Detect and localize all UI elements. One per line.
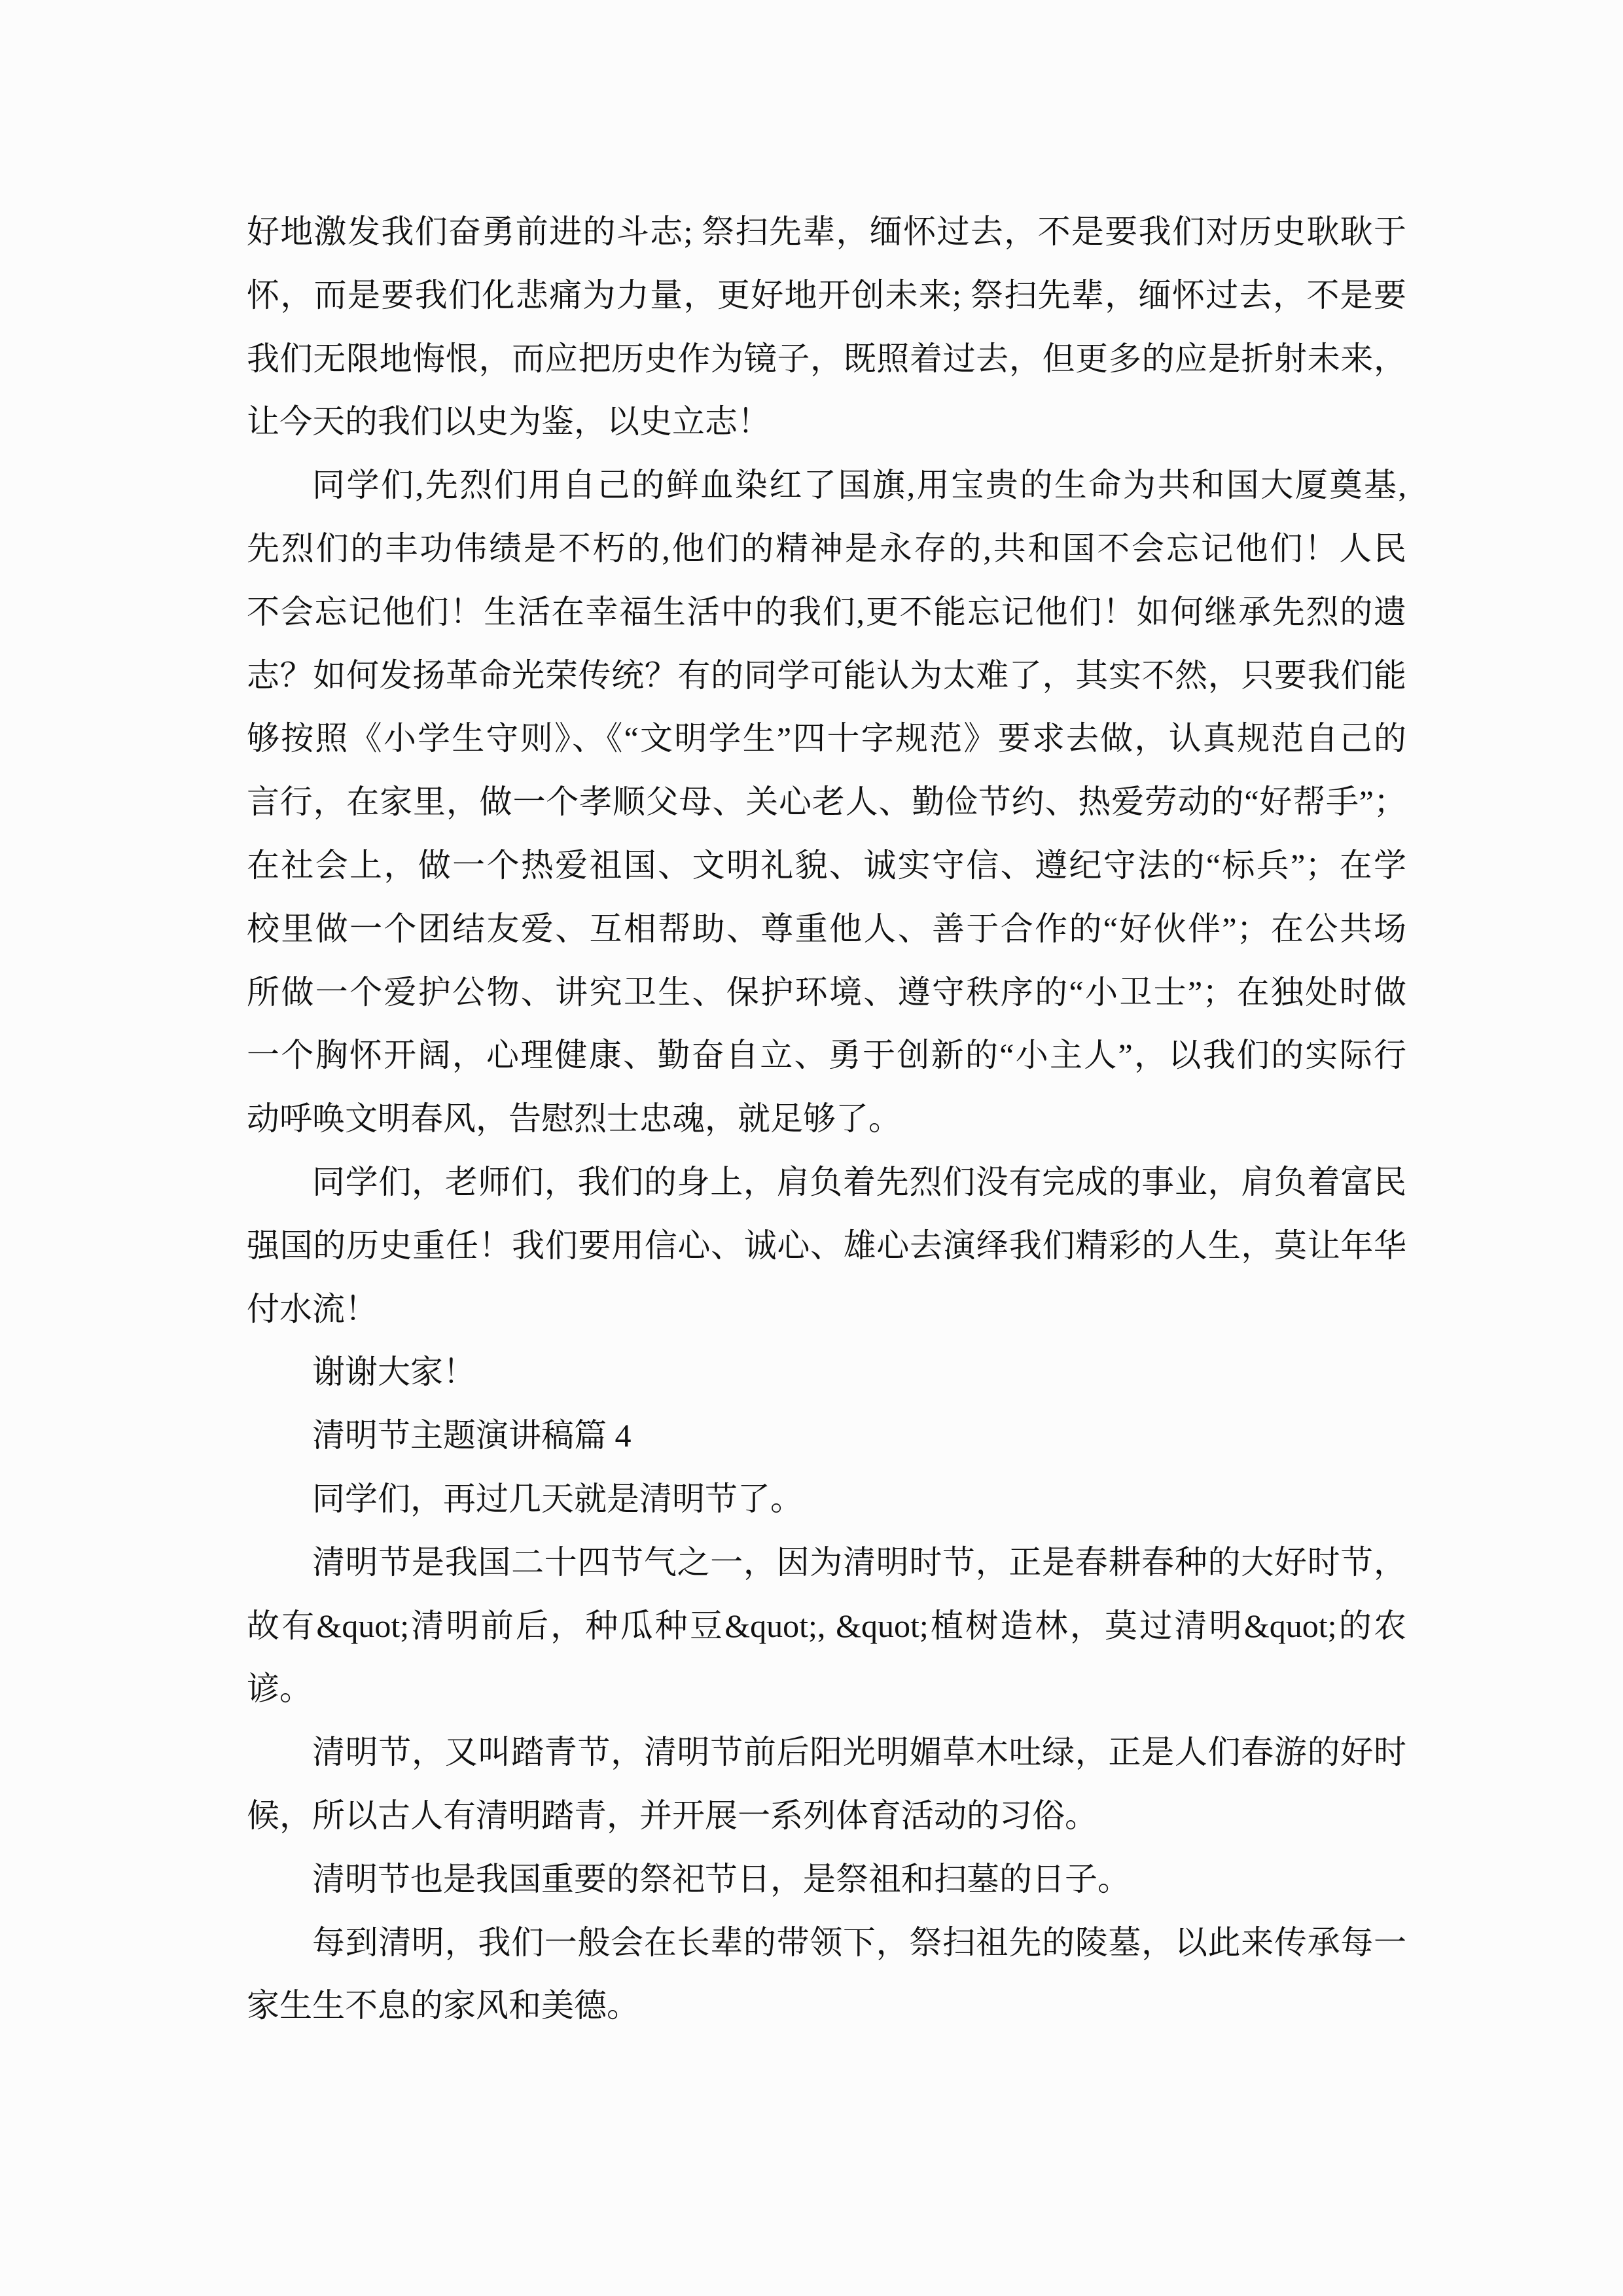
text-line: 同学们，老师们，我们的身上，肩负着先烈们没有完成的事业，肩负着富民 [247, 1151, 1406, 1214]
text-line: 一个胸怀开阔，心理健康、勤奋自立、勇于创新的“小主人”，以我们的实际行 [247, 1024, 1406, 1087]
text-line: 付水流！ [247, 1278, 1406, 1341]
text-line: 清明节也是我国重要的祭祀节日，是祭祖和扫墓的日子。 [247, 1848, 1406, 1911]
text-line: 清明节主题演讲稿篇 4 [247, 1404, 1406, 1467]
text-line: 校里做一个团结友爱、互相帮助、尊重他人、善于合作的“好伙伴”；在公共场 [247, 897, 1406, 961]
text-line: 清明节是我国二十四节气之一，因为清明时节，正是春耕春种的大好时节， [247, 1531, 1406, 1594]
text-line: 志？如何发扬革命光荣传统？有的同学可能认为太难了，其实不然，只要我们能 [247, 644, 1406, 708]
text-line: 候，所以古人有清明踏青，并开展一系列体育活动的习俗。 [247, 1784, 1406, 1848]
document-page: 好地激发我们奋勇前进的斗志; 祭扫先辈，缅怀过去，不是要我们对历史耿耿于怀，而是… [0, 0, 1623, 2296]
text-line: 让今天的我们以史为鉴，以史立志！ [247, 390, 1406, 454]
text-line: 强国的历史重任！我们要用信心、诚心、雄心去演绎我们精彩的人生，莫让年华 [247, 1214, 1406, 1278]
text-line: 在社会上，做一个热爱祖国、文明礼貌、诚实守信、遵纪守法的“标兵”；在学 [247, 834, 1406, 897]
text-line: 谚。 [247, 1657, 1406, 1721]
text-line: 同学们，再过几天就是清明节了。 [247, 1467, 1406, 1531]
text-line: 清明节，又叫踏青节，清明节前后阳光明媚草木吐绿，正是人们春游的好时 [247, 1721, 1406, 1784]
text-line: 言行，在家里，做一个孝顺父母、关心老人、勤俭节约、热爱劳动的“好帮手”； [247, 770, 1406, 834]
text-line: 故有&quot;清明前后，种瓜种豆&quot;, &quot;植树造林，莫过清明… [247, 1594, 1406, 1658]
text-line: 先烈们的丰功伟绩是不朽的,他们的精神是永存的,共和国不会忘记他们！人民 [247, 517, 1406, 581]
text-line: 动呼唤文明春风，告慰烈士忠魂，就足够了。 [247, 1087, 1406, 1151]
text-line: 怀，而是要我们化悲痛为力量，更好地开创未来; 祭扫先辈，缅怀过去，不是要 [247, 264, 1406, 327]
text-line: 够按照《小学生守则》、《“文明学生”四十字规范》要求去做，认真规范自己的 [247, 707, 1406, 770]
text-line: 不会忘记他们！生活在幸福生活中的我们,更不能忘记他们！如何继承先烈的遗 [247, 581, 1406, 644]
text-line: 家生生不息的家风和美德。 [247, 1974, 1406, 2037]
text-line: 我们无限地悔恨，而应把历史作为镜子，既照着过去，但更多的应是折射未来， [247, 327, 1406, 391]
text-line: 每到清明，我们一般会在长辈的带领下，祭扫祖先的陵墓，以此来传承每一 [247, 1911, 1406, 1975]
text-line: 同学们,先烈们用自己的鲜血染红了国旗,用宝贵的生命为共和国大厦奠基, [247, 454, 1406, 517]
document-body: 好地激发我们奋勇前进的斗志; 祭扫先辈，缅怀过去，不是要我们对历史耿耿于怀，而是… [247, 200, 1406, 2037]
text-line: 好地激发我们奋勇前进的斗志; 祭扫先辈，缅怀过去，不是要我们对历史耿耿于 [247, 200, 1406, 264]
text-line: 所做一个爱护公物、讲究卫生、保护环境、遵守秩序的“小卫士”；在独处时做 [247, 961, 1406, 1024]
text-line: 谢谢大家！ [247, 1340, 1406, 1404]
